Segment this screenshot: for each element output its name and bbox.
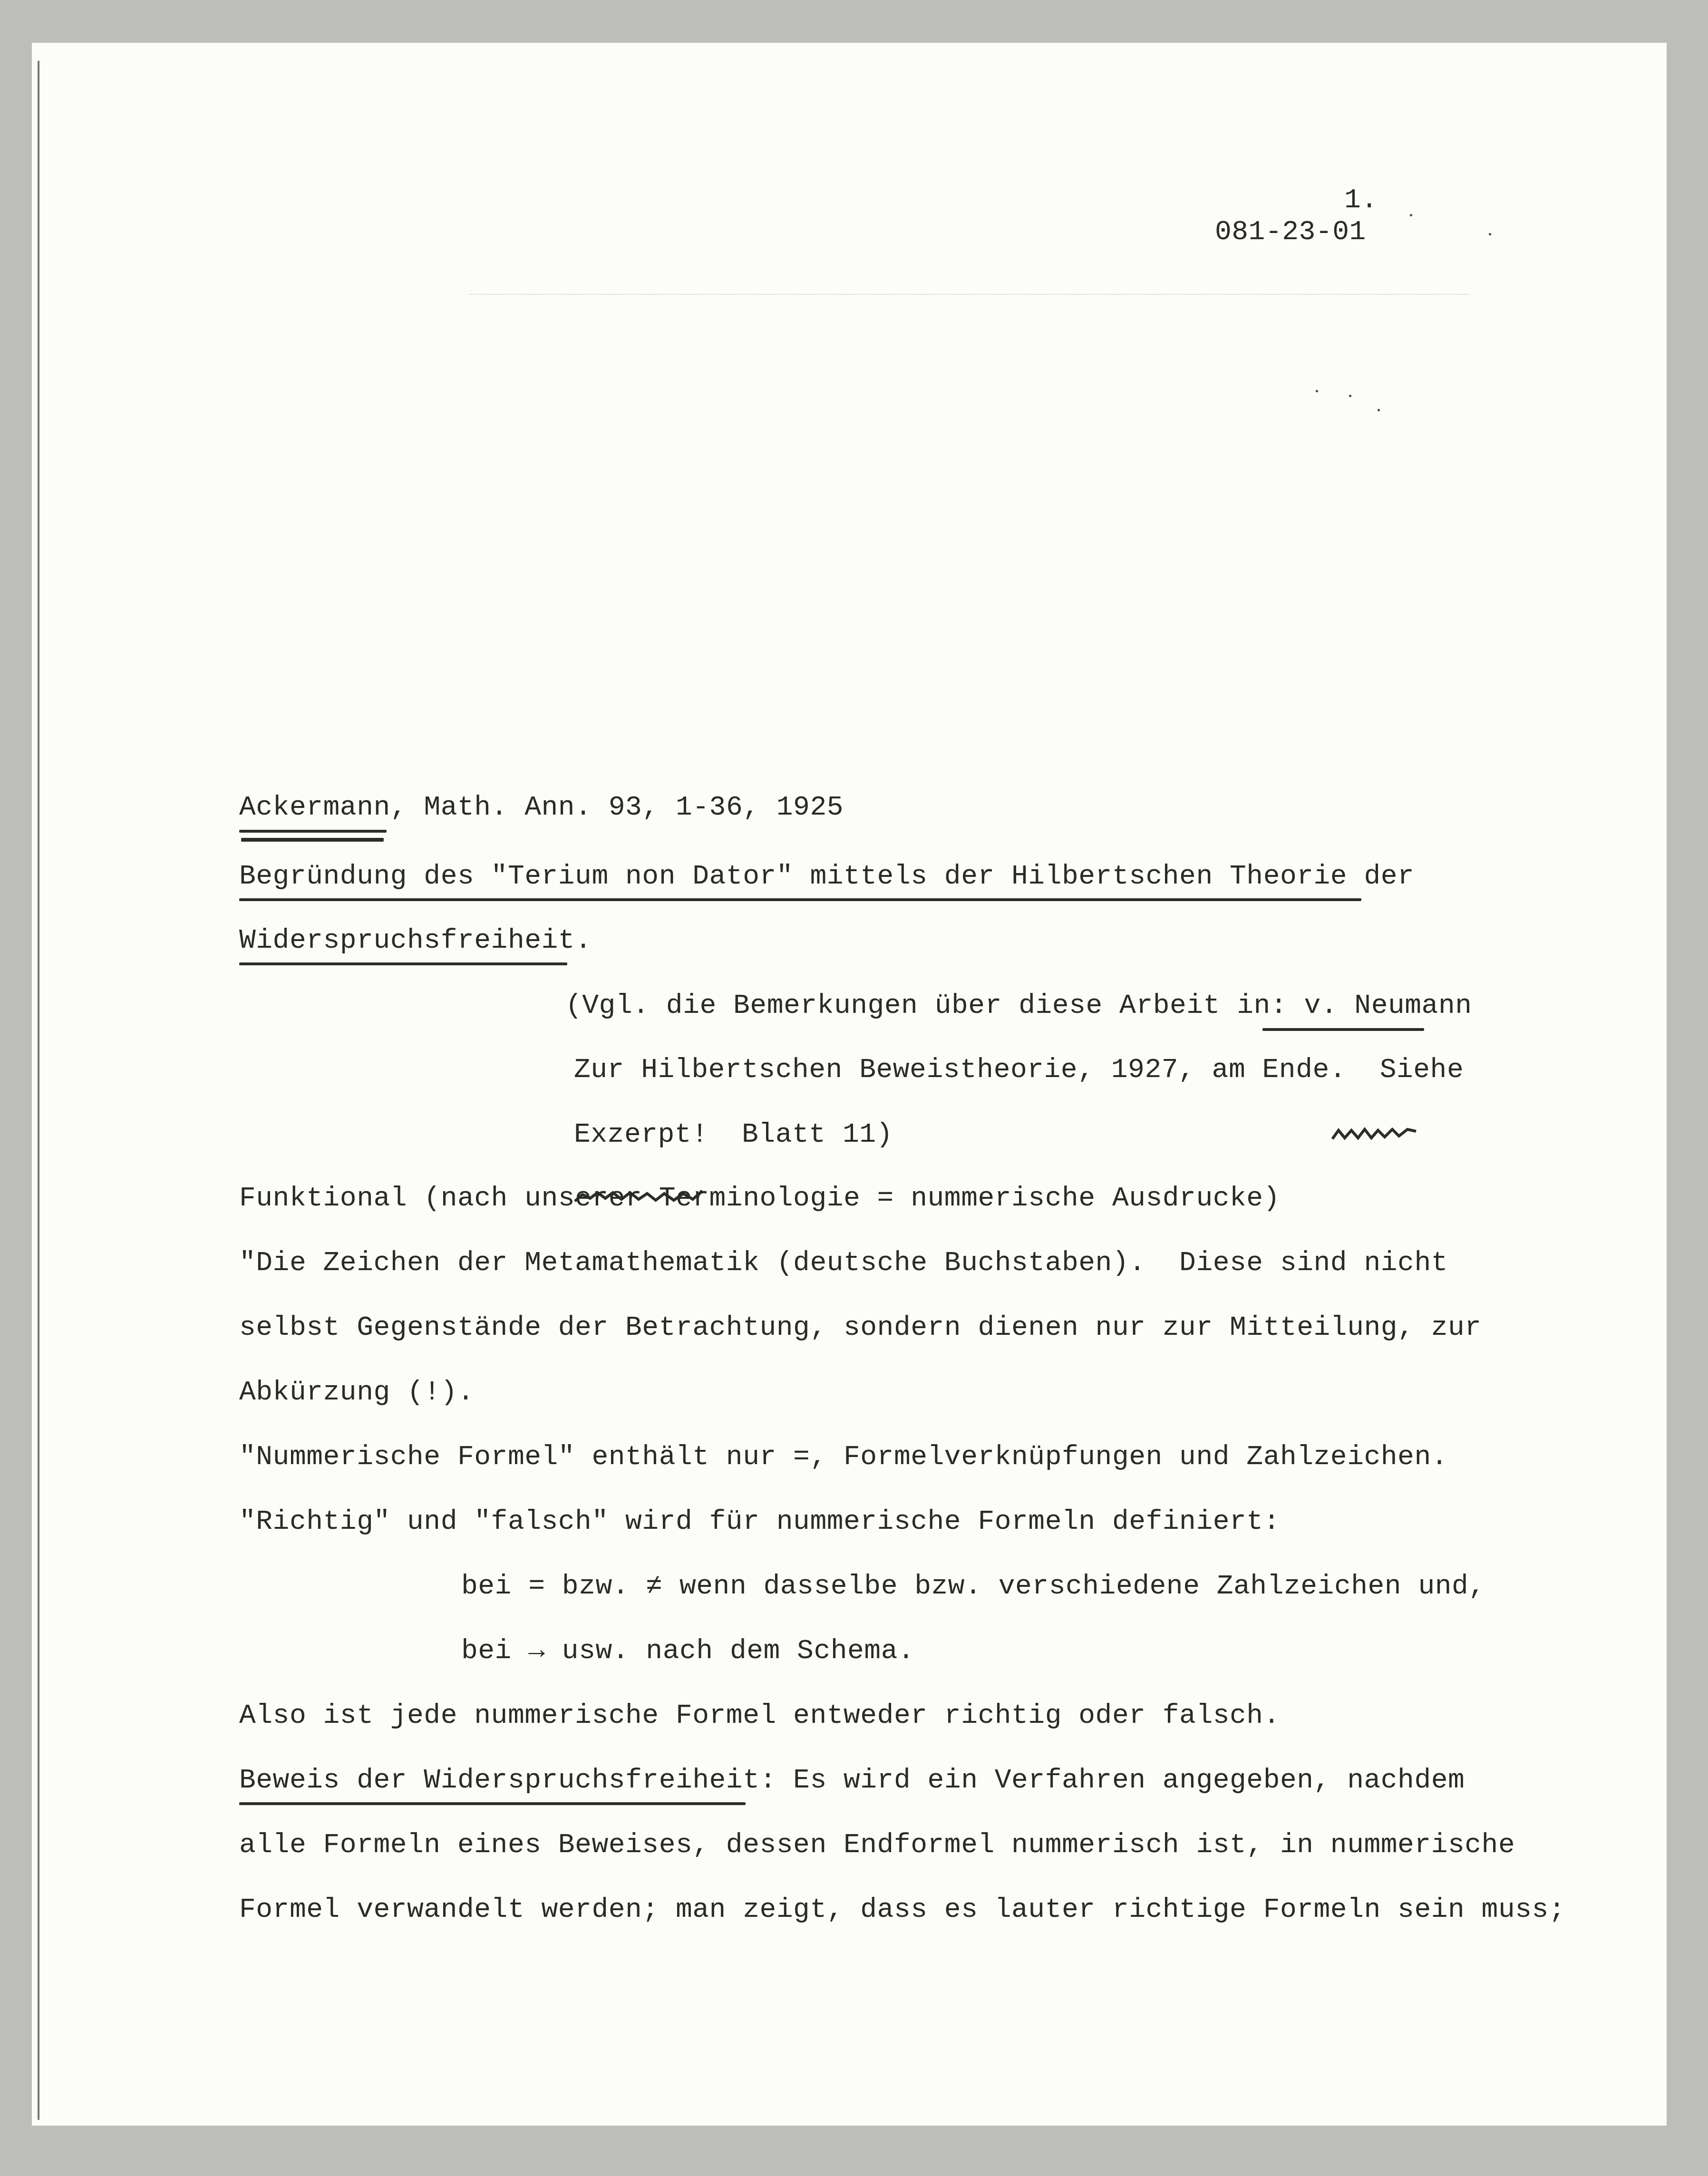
speck — [1378, 409, 1380, 411]
reference-line-2: Zur Hilbertschen Beweistheorie, 1927, am… — [574, 1057, 1464, 1084]
reference-prefix: (Vgl. die Bemerkungen über diese Arbeit … — [565, 991, 1304, 1021]
title-line-2: Widerspruchsfreiheit. — [239, 927, 592, 955]
proof-heading-line: Beweis der Widerspruchsfreiheit: Es wird… — [239, 1767, 1465, 1795]
indented-line-arrow: bei → usw. nach dem Schema. — [461, 1638, 914, 1665]
proof-heading-underline — [239, 1802, 746, 1805]
body-line-richtig-falsch: "Richtig" und "falsch" wird für nummeris… — [239, 1508, 1280, 1536]
left-margin-line — [38, 61, 39, 2120]
reference-work: Zur Hilbertschen Beweistheorie, 1927, am… — [574, 1055, 1380, 1086]
author-double-underline — [241, 838, 384, 842]
speck — [1349, 395, 1351, 397]
reference-line-3: Exzerpt! Blatt 11) — [574, 1121, 893, 1149]
author-name: Ackermann — [239, 792, 390, 823]
neumann-underline — [1262, 1028, 1424, 1031]
title-underline-1 — [239, 898, 1361, 901]
body-line-gegenstaende: selbst Gegenstände der Betrachtung, sond… — [239, 1314, 1482, 1342]
title-period: . — [575, 925, 592, 956]
siehe-word: Siehe — [1380, 1055, 1464, 1086]
document-page: 1. 081-23-01 Ackermann, Math. Ann. 93, 1… — [32, 43, 1667, 2126]
body-line-abkuerzung: Abkürzung (!). — [239, 1379, 474, 1407]
blatt-reference: Blatt 11) — [708, 1119, 893, 1150]
faint-guide-line — [469, 294, 1468, 295]
reference-line-1: (Vgl. die Bemerkungen über diese Arbeit … — [565, 992, 1472, 1020]
title-line-1: Begründung des "Terium non Dator" mittel… — [239, 863, 1414, 891]
citation-line: Ackermann, Math. Ann. 93, 1-36, 1925 — [239, 794, 844, 822]
exzerpt-word: Exzerpt! — [574, 1119, 708, 1150]
reference-author: v. Neumann — [1304, 991, 1472, 1021]
proof-heading: Beweis der Widerspruchsfreiheit — [239, 1765, 759, 1796]
citation-details: , Math. Ann. 93, 1-36, 1925 — [390, 792, 844, 823]
speck — [1489, 233, 1491, 235]
proof-line-2: Formel verwandelt werden; man zeigt, das… — [239, 1896, 1565, 1924]
proof-line-1: alle Formeln eines Beweises, dessen Endf… — [239, 1832, 1515, 1859]
body-line-nummerische-formel: "Nummerische Formel" enthält nur =, Form… — [239, 1444, 1448, 1471]
proof-heading-tail: : Es wird ein Verfahren angegeben, nachd… — [759, 1765, 1465, 1796]
speck — [1316, 390, 1318, 392]
title-underlined-word: Widerspruchsfreiheit — [239, 925, 575, 956]
page-number: 1. — [1344, 187, 1378, 214]
author-underline — [239, 830, 387, 833]
file-id: 081-23-01 — [1215, 219, 1366, 246]
wavy-underline-siehe — [1331, 1125, 1422, 1144]
title-underline-2 — [239, 962, 567, 965]
indented-line-equality: bei = bzw. ≠ wenn dasselbe bzw. verschie… — [461, 1573, 1485, 1601]
body-line-funktional: Funktional (nach unserer Terminologie = … — [239, 1185, 1280, 1213]
body-line-quote-zeichen: "Die Zeichen der Metamathematik (deutsch… — [239, 1250, 1448, 1277]
conclusion-line: Also ist jede nummerische Formel entwede… — [239, 1702, 1280, 1730]
speck — [1410, 214, 1412, 216]
